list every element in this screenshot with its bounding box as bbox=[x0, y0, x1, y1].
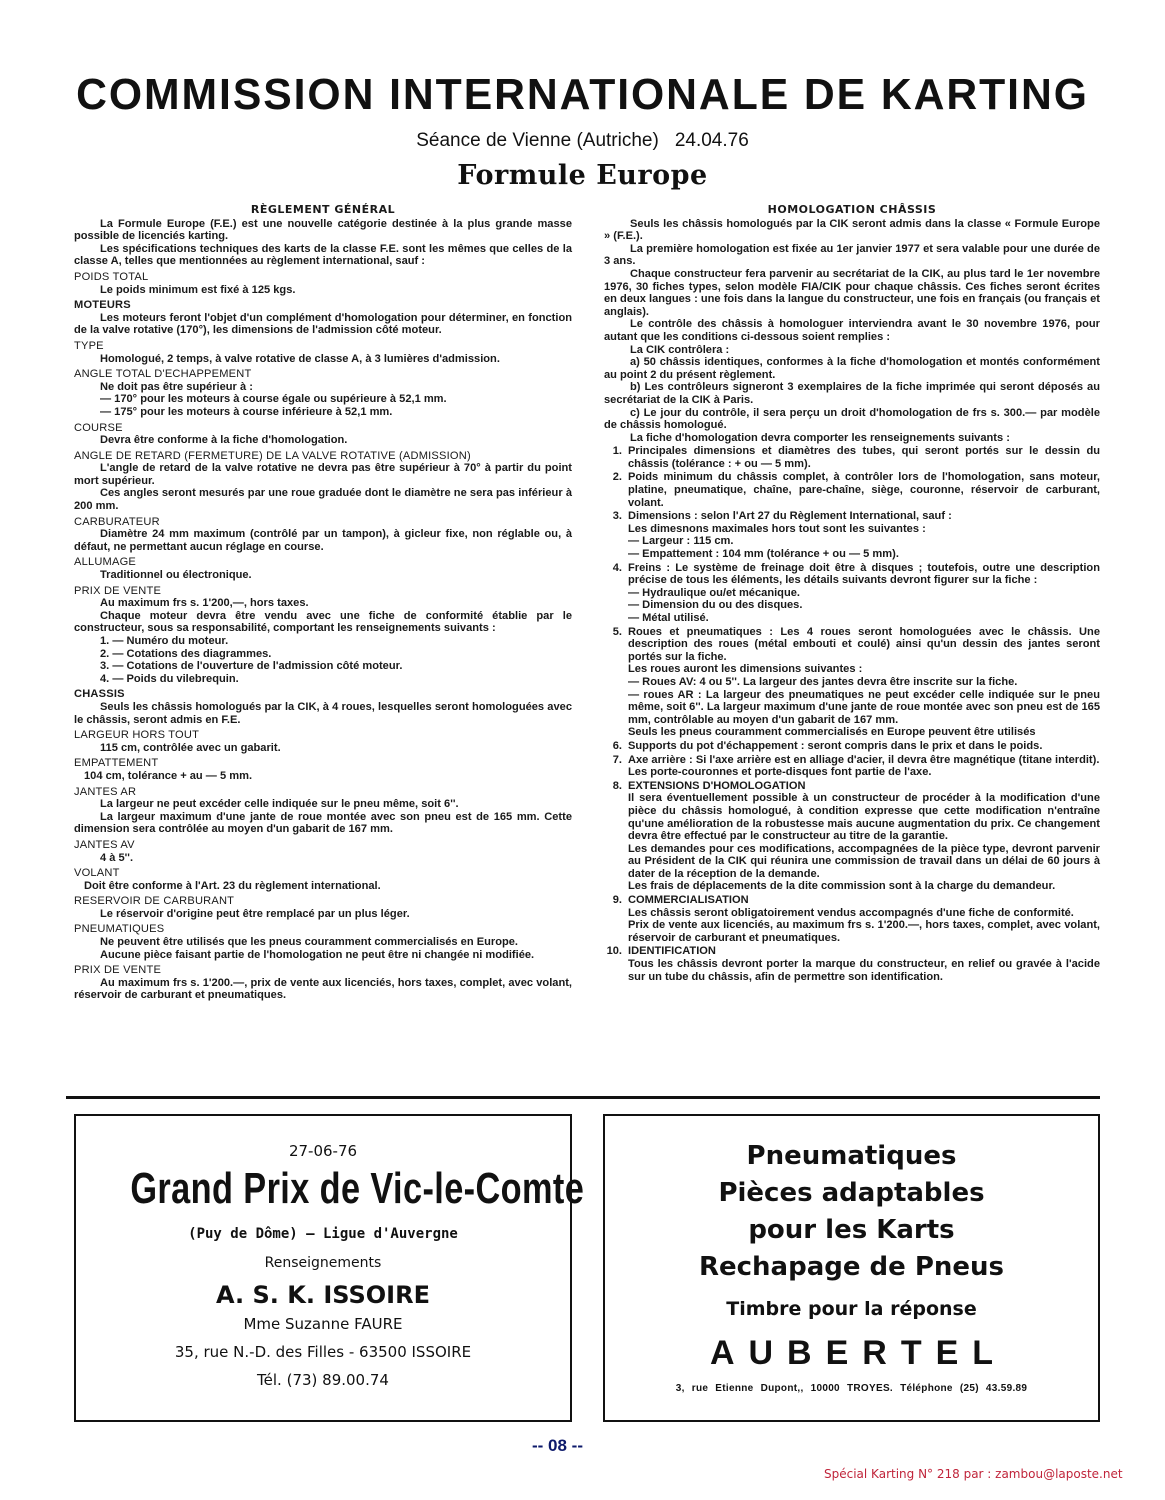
item-extra: Les porte-couronnes et porte-disques fon… bbox=[628, 766, 1100, 779]
paragraph: L'angle de retard de la valve rotative n… bbox=[74, 462, 572, 487]
club-address: 35, rue N.-D. des Filles - 63500 ISSOIRE bbox=[76, 1343, 570, 1361]
ad-line: Rechapage de Pneus bbox=[605, 1249, 1098, 1286]
reglement-general-column: RÈGLEMENT GÉNÉRAL La Formule Europe (F.E… bbox=[74, 204, 572, 1002]
session-location: Séance de Vienne (Autriche) bbox=[416, 130, 659, 151]
aubertel-advertisement: Pneumatiques Pièces adaptables pour les … bbox=[603, 1114, 1100, 1422]
item-body: COMMERCIALISATIONLes châssis seront obli… bbox=[628, 894, 1100, 944]
rule-heading: EMPATTEMENT bbox=[74, 757, 572, 770]
paragraph: La fiche d'homologation devra comporter … bbox=[604, 432, 1100, 445]
item-extra: Les dimesnons maximales hors tout sont l… bbox=[628, 523, 1100, 536]
rule-heading: RESERVOIR DE CARBURANT bbox=[74, 895, 572, 908]
list-item: 1. — Numéro du moteur. bbox=[74, 635, 572, 648]
paragraph: Ces angles seront mesurés par une roue g… bbox=[74, 487, 572, 512]
item-extra: — Dimension du ou des disques. bbox=[628, 599, 1100, 612]
numbered-item: 1.Principales dimensions et diamètres de… bbox=[604, 445, 1100, 470]
rule-heading: VOLANT bbox=[74, 867, 572, 880]
item-extra: — roues AR : La largeur des pneumatiques… bbox=[628, 689, 1100, 727]
item-extra: — Largeur : 115 cm. bbox=[628, 535, 1100, 548]
paragraph: Ne peuvent être utilisés que les pneus c… bbox=[74, 936, 572, 949]
paragraph: c) Le jour du contrôle, il sera perçu un… bbox=[604, 407, 1100, 432]
event-title: Grand Prix de Vic-le-Comte bbox=[130, 1164, 515, 1214]
paragraph: Chaque constructeur fera parvenir au sec… bbox=[604, 268, 1100, 318]
session-subtitle: Séance de Vienne (Autriche)24.04.76 bbox=[0, 130, 1165, 152]
ad-line: Pneumatiques bbox=[605, 1138, 1098, 1175]
rule-heading: COURSE bbox=[74, 422, 572, 435]
rule-heading: POIDS TOTAL bbox=[74, 271, 572, 284]
list-item: — 175° pour les moteurs à course inférie… bbox=[74, 406, 572, 419]
numbered-item: 3.Dimensions : selon l'Art 27 du Règleme… bbox=[604, 510, 1100, 560]
page-number: -- 08 -- bbox=[532, 1436, 583, 1456]
paragraph: La largeur ne peut excéder celle indiqué… bbox=[74, 798, 572, 811]
item-extra: — Métal utilisé. bbox=[628, 612, 1100, 625]
item-text: Tous les châssis devront porter la marqu… bbox=[628, 958, 1100, 983]
item-body: Supports du pot d'échappement : seront c… bbox=[628, 740, 1100, 753]
item-extra: — Hydraulique ou/et mécanique. bbox=[628, 587, 1100, 600]
session-date: 24.04.76 bbox=[675, 130, 749, 151]
paragraph: 115 cm, contrôlée avec un gabarit. bbox=[74, 742, 572, 755]
numbered-item: 7.Axe arrière : Si l'axe arrière est en … bbox=[604, 754, 1100, 779]
paragraph: Aucune pièce faisant partie de l'homolog… bbox=[74, 949, 572, 962]
paragraph: 104 cm, tolérance + au — 5 mm. bbox=[74, 770, 572, 783]
item-extra: Les roues auront les dimensions suivante… bbox=[628, 663, 1100, 676]
page-title: COMMISSION INTERNATIONALE DE KARTING bbox=[17, 70, 1147, 120]
ad-line: pour les Karts bbox=[605, 1212, 1098, 1249]
paragraph: Seuls les châssis homologués par la CIK,… bbox=[74, 701, 572, 726]
paragraph: Chaque moteur devra être vendu avec une … bbox=[74, 610, 572, 635]
rule-heading: ANGLE DE RETARD (FERMETURE) DE LA VALVE … bbox=[74, 450, 572, 463]
list-item: 4. — Poids du vilebrequin. bbox=[74, 673, 572, 686]
item-body: Roues et pneumatiques : Les 4 roues sero… bbox=[628, 626, 1100, 739]
paragraph: Homologué, 2 temps, à valve rotative de … bbox=[74, 353, 572, 366]
rule-heading: CARBURATEUR bbox=[74, 516, 572, 529]
info-label: Renseignements bbox=[76, 1255, 570, 1271]
numbered-item: 9.COMMERCIALISATIONLes châssis seront ob… bbox=[604, 894, 1100, 944]
rule-heading: JANTES AR bbox=[74, 786, 572, 799]
paragraph: Au maximum frs s. 1'200.—, prix de vente… bbox=[74, 977, 572, 1002]
contact-name: Mme Suzanne FAURE bbox=[76, 1315, 570, 1333]
paragraph: b) Les contrôleurs signeront 3 exemplair… bbox=[604, 381, 1100, 406]
paragraph: Au maximum frs s. 1'200,—, hors taxes. bbox=[74, 597, 572, 610]
rule-heading: PRIX DE VENTE bbox=[74, 964, 572, 977]
paragraph: a) 50 châssis identiques, conformes à la… bbox=[604, 356, 1100, 381]
item-body: Dimensions : selon l'Art 27 du Règlement… bbox=[628, 510, 1100, 560]
item-heading: IDENTIFICATION bbox=[628, 945, 1100, 958]
paragraph: Les spécifications techniques des karts … bbox=[74, 243, 572, 268]
item-extra: Prix de vente aux licenciés, au maximum … bbox=[628, 919, 1100, 944]
item-body: IDENTIFICATIONTous les châssis devront p… bbox=[628, 945, 1100, 983]
item-extra: Seuls les pneus couramment commercialisé… bbox=[628, 726, 1100, 739]
paragraph: Devra être conforme à la fiche d'homolog… bbox=[74, 434, 572, 447]
item-number: 6. bbox=[604, 740, 628, 753]
item-extra: — Roues AV: 4 ou 5''. La largeur des jan… bbox=[628, 676, 1100, 689]
item-body: Poids minimum du châssis complet, à cont… bbox=[628, 471, 1100, 509]
event-date: 27-06-76 bbox=[76, 1142, 570, 1160]
item-extra: Les demandes pour ces modifications, acc… bbox=[628, 843, 1100, 881]
item-text: Les châssis seront obligatoirement vendu… bbox=[628, 907, 1100, 920]
item-text: Axe arrière : Si l'axe arrière est en al… bbox=[628, 754, 1100, 767]
item-text: Il sera éventuellement possible à un con… bbox=[628, 792, 1100, 842]
rule-heading: TYPE bbox=[74, 340, 572, 353]
item-text: Supports du pot d'échappement : seront c… bbox=[628, 740, 1100, 753]
numbered-item: 8.EXTENSIONS D'HOMOLOGATIONIl sera évent… bbox=[604, 780, 1100, 893]
paragraph: Le poids minimum est fixé à 125 kgs. bbox=[74, 284, 572, 297]
club-name: A. S. K. ISSOIRE bbox=[76, 1281, 570, 1309]
list-item: 2. — Cotations des diagrammes. bbox=[74, 648, 572, 661]
paragraph: La Formule Europe (F.E.) est une nouvell… bbox=[74, 218, 572, 243]
rule-heading: ALLUMAGE bbox=[74, 556, 572, 569]
item-body: Axe arrière : Si l'axe arrière est en al… bbox=[628, 754, 1100, 779]
club-phone: Tél. (73) 89.00.74 bbox=[76, 1371, 570, 1389]
highlight-date: 1er janvier 1977 bbox=[836, 243, 919, 255]
paragraph: Les moteurs feront l'objet d'un compléme… bbox=[74, 312, 572, 337]
numbered-item: 2.Poids minimum du châssis complet, à co… bbox=[604, 471, 1100, 509]
stamp-note: Timbre pour la réponse bbox=[605, 1298, 1098, 1320]
item-heading: EXTENSIONS D'HOMOLOGATION bbox=[628, 780, 1100, 793]
paragraph: Doit être conforme à l'Art. 23 du règlem… bbox=[74, 880, 572, 893]
item-extra: — Empattement : 104 mm (tolérance + ou —… bbox=[628, 548, 1100, 561]
paragraph: Le réservoir d'origine peut être remplac… bbox=[74, 908, 572, 921]
item-text: Freins : Le système de freinage doit êtr… bbox=[628, 562, 1100, 587]
paragraph: Traditionnel ou électronique. bbox=[74, 569, 572, 582]
paragraph: Ne doit pas être supérieur à : bbox=[74, 381, 572, 394]
rule-heading: LARGEUR HORS TOUT bbox=[74, 729, 572, 742]
brand-name: AUBERTEL bbox=[605, 1334, 1098, 1373]
paragraph: Diamètre 24 mm maximum (contrôlé par un … bbox=[74, 528, 572, 553]
list-item: 3. — Cotations de l'ouverture de l'admis… bbox=[74, 660, 572, 673]
item-body: EXTENSIONS D'HOMOLOGATIONIl sera éventue… bbox=[628, 780, 1100, 893]
column-heading: HOMOLOGATION CHÂSSIS bbox=[604, 204, 1100, 217]
item-number: 7. bbox=[604, 754, 628, 779]
rule-heading: JANTES AV bbox=[74, 839, 572, 852]
numbered-list: 1.Principales dimensions et diamètres de… bbox=[604, 445, 1100, 983]
numbered-item: 5.Roues et pneumatiques : Les 4 roues se… bbox=[604, 626, 1100, 739]
item-number: 5. bbox=[604, 626, 628, 739]
item-number: 8. bbox=[604, 780, 628, 893]
credit-line: Spécial Karting N° 218 par : zambou@lapo… bbox=[824, 1467, 1123, 1481]
item-number: 1. bbox=[604, 445, 628, 470]
item-number: 9. bbox=[604, 894, 628, 944]
item-extra: Les frais de déplacements de la dite com… bbox=[628, 880, 1100, 893]
item-text: Poids minimum du châssis complet, à cont… bbox=[628, 471, 1100, 509]
item-heading: COMMERCIALISATION bbox=[628, 894, 1100, 907]
column-heading: RÈGLEMENT GÉNÉRAL bbox=[74, 204, 572, 217]
paragraph: 4 à 5''. bbox=[74, 852, 572, 865]
numbered-item: 6.Supports du pot d'échappement : seront… bbox=[604, 740, 1100, 753]
paragraph: Le contrôle des châssis à homologuer int… bbox=[604, 318, 1100, 343]
text: La première homologation est fixée au bbox=[630, 243, 836, 255]
item-number: 2. bbox=[604, 471, 628, 509]
rule-heading: CHASSIS bbox=[74, 688, 572, 701]
list-item: — 170° pour les moteurs à course égale o… bbox=[74, 393, 572, 406]
paragraph: Seuls les châssis homologués par la CIK … bbox=[604, 218, 1100, 243]
item-text: Principales dimensions et diamètres des … bbox=[628, 445, 1100, 470]
section-divider bbox=[66, 1096, 1100, 1099]
homologation-chassis-column: HOMOLOGATION CHÂSSIS Seuls les châssis h… bbox=[604, 204, 1100, 983]
event-region: (Puy de Dôme) — Ligue d'Auvergne bbox=[76, 1226, 570, 1242]
item-body: Freins : Le système de freinage doit êtr… bbox=[628, 562, 1100, 625]
numbered-item: 10.IDENTIFICATIONTous les châssis devron… bbox=[604, 945, 1100, 983]
rule-heading: PNEUMATIQUES bbox=[74, 923, 572, 936]
item-text: Dimensions : selon l'Art 27 du Règlement… bbox=[628, 510, 1100, 523]
paragraph: La CIK contrôlera : bbox=[604, 344, 1100, 357]
item-text: Roues et pneumatiques : Les 4 roues sero… bbox=[628, 626, 1100, 664]
section-title: Formule Europe bbox=[0, 160, 1165, 191]
paragraph: La première homologation est fixée au 1e… bbox=[604, 243, 1100, 268]
numbered-item: 4.Freins : Le système de freinage doit ê… bbox=[604, 562, 1100, 625]
event-advertisement: 27-06-76 Grand Prix de Vic-le-Comte (Puy… bbox=[74, 1114, 572, 1422]
rule-heading: MOTEURS bbox=[74, 299, 572, 312]
item-body: Principales dimensions et diamètres des … bbox=[628, 445, 1100, 470]
rule-heading: PRIX DE VENTE bbox=[74, 585, 572, 598]
brand-address: 3, rue Etienne Dupont,, 10000 TROYES. Té… bbox=[605, 1383, 1098, 1394]
item-number: 4. bbox=[604, 562, 628, 625]
item-number: 10. bbox=[604, 945, 628, 983]
item-number: 3. bbox=[604, 510, 628, 560]
rule-heading: ANGLE TOTAL D'ECHAPPEMENT bbox=[74, 368, 572, 381]
ad-line: Pièces adaptables bbox=[605, 1175, 1098, 1212]
paragraph: La largeur maximum d'une jante de roue m… bbox=[74, 811, 572, 836]
